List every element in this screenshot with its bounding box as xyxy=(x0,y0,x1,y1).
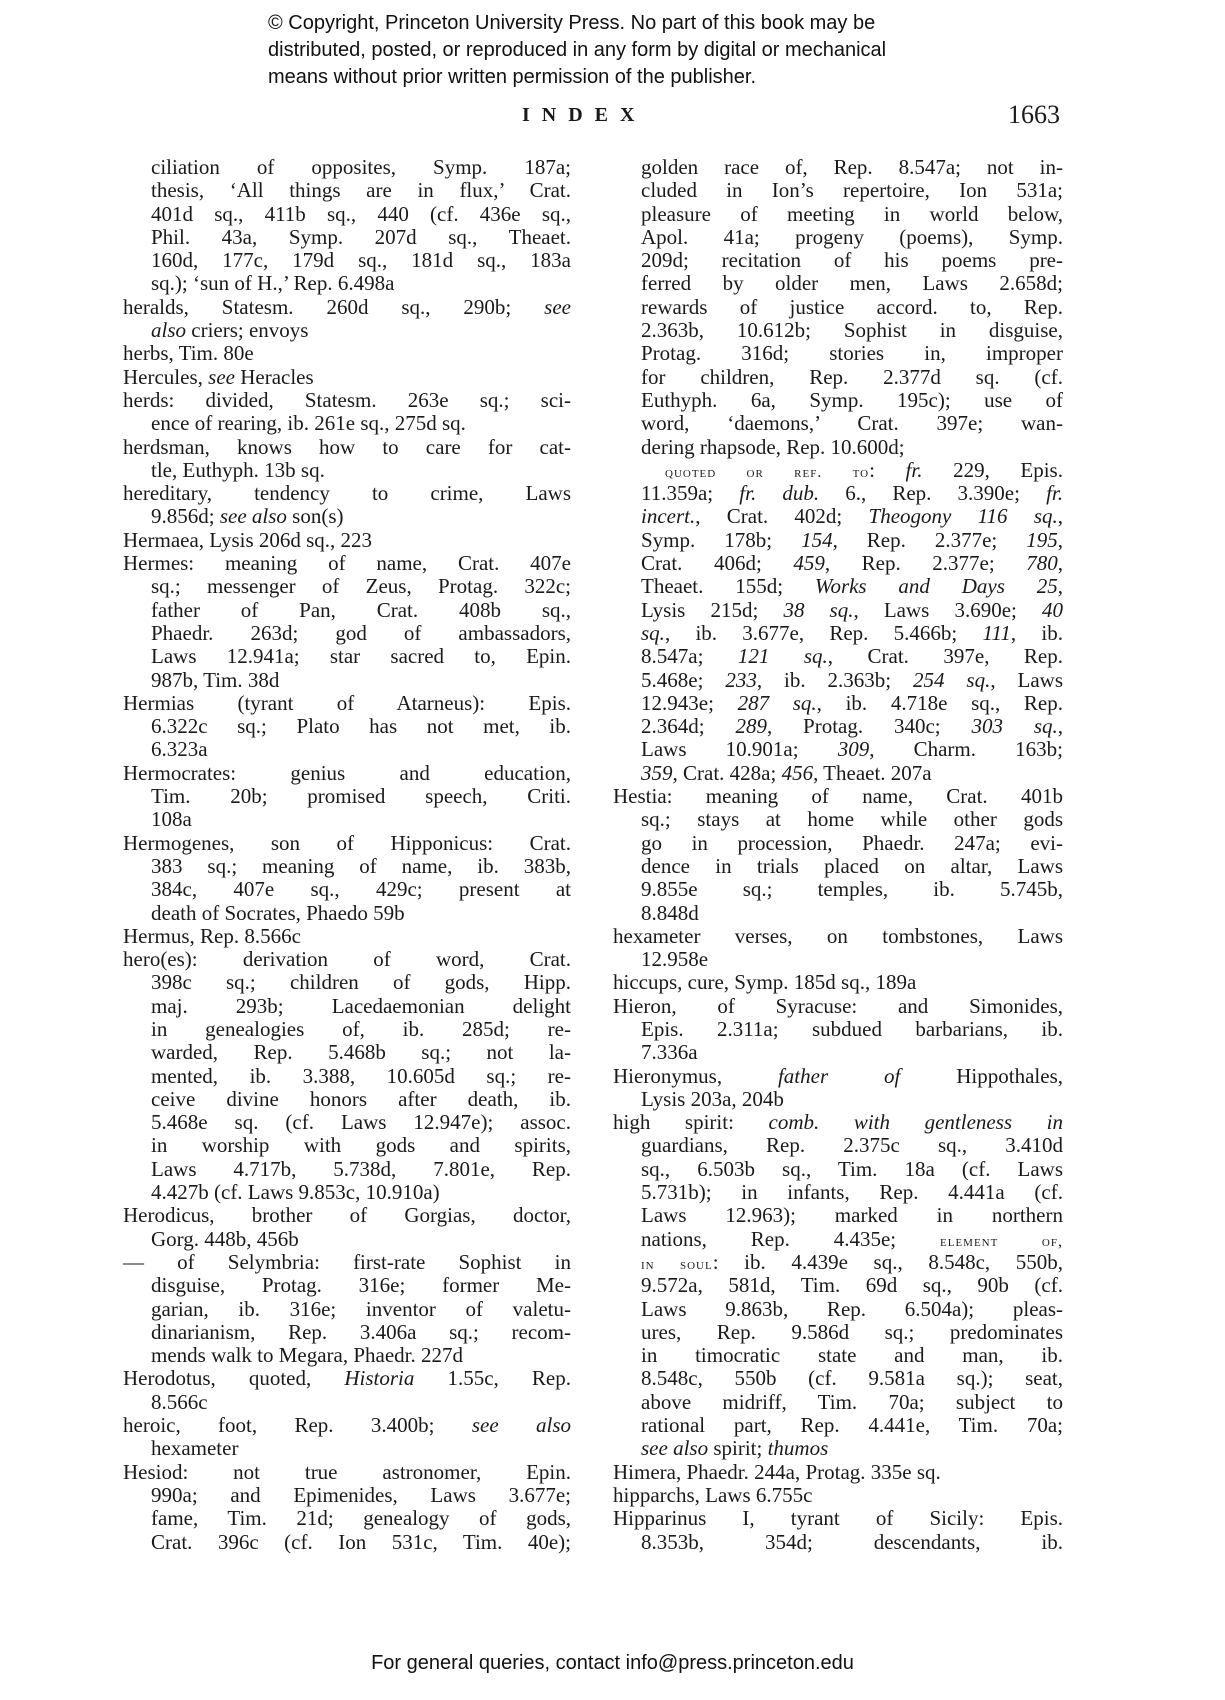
italic-text: 111 xyxy=(983,621,1011,645)
entry-text: , Rep. 2.377e; xyxy=(825,551,1026,575)
small-caps-text: in soul xyxy=(641,1256,713,1273)
index-entry-heading-line: heralds, Statesm. 260d sq., 290b; see xyxy=(123,296,571,319)
index-entry-heading-line: herbs, Tim. 80e xyxy=(123,342,571,365)
index-entry-line: 12.958e xyxy=(613,948,1063,971)
entry-text: 5.468e sq. (cf. Laws 12.947e); assoc. xyxy=(151,1110,571,1134)
entry-text: ceive divine honors after death, ib. xyxy=(151,1087,571,1111)
entry-text: , Laws 3.690e; xyxy=(853,598,1042,622)
index-entry-line: Laws 4.717b, 5.738d, 7.801e, Rep. xyxy=(123,1158,571,1181)
entry-text: Hieronymus, xyxy=(613,1064,778,1088)
index-entry-line: Crat. 406d; 459, Rep. 2.377e; 780, xyxy=(613,552,1063,575)
entry-text: , xyxy=(1058,528,1063,552)
index-entry-heading-line: — of Selymbria: first-rate Sophist in xyxy=(123,1251,571,1274)
index-entry-heading-line: Hestia: meaning of name, Crat. 401b xyxy=(613,785,1063,808)
index-entry-line: Lysis 215d; 38 sq., Laws 3.690e; 40 xyxy=(613,599,1063,622)
index-entry-heading-line: Himera, Phaedr. 244a, Protag. 335e sq. xyxy=(613,1461,1063,1484)
italic-text: 289 xyxy=(735,714,767,738)
index-entry-line: 8.353b, 354d; descendants, ib. xyxy=(613,1531,1063,1554)
index-entry-line: 383 sq.; meaning of name, ib. 383b, xyxy=(123,855,571,878)
entry-text: 229, Epis. xyxy=(922,458,1063,482)
small-caps-text: quoted or ref. to xyxy=(665,464,869,481)
entry-text: 6.322c sq.; Plato has not met, ib. xyxy=(151,714,571,738)
index-entry-line: dinarianism, Rep. 3.406a sq.; recom- xyxy=(123,1321,571,1344)
index-entry-heading-line: hexameter verses, on tombstones, Laws xyxy=(613,925,1063,948)
italic-text: comb. with gentleness in xyxy=(769,1110,1063,1134)
entry-text: , ib. 4.718e sq., Rep. xyxy=(817,691,1063,715)
copyright-line: © Copyright, Princeton University Press.… xyxy=(268,10,988,37)
entry-text: rational part, Rep. 4.441e, Tim. 70a; xyxy=(641,1413,1063,1437)
entry-text: herds: divided, Statesm. 263e sq.; sci- xyxy=(123,388,571,412)
entry-text: , Crat. 402d; xyxy=(695,504,868,528)
entry-text: in timocratic state and man, ib. xyxy=(641,1343,1063,1367)
index-entry-heading-line: Hesiod: not true astronomer, Epin. xyxy=(123,1461,571,1484)
entry-text: dence in trials placed on altar, Laws xyxy=(641,854,1063,878)
italic-text: 456 xyxy=(782,761,814,785)
index-entry-line: 2.364d; 289, Protag. 340c; 303 sq., xyxy=(613,715,1063,738)
index-entry-line: 4.427b (cf. Laws 9.853c, 10.910a) xyxy=(123,1181,571,1204)
index-entry-line: golden race of, Rep. 8.547a; not in- xyxy=(613,156,1063,179)
index-entry-line: ceive divine honors after death, ib. xyxy=(123,1088,571,1111)
index-entry-heading-line: Hermocrates: genius and education, xyxy=(123,762,571,785)
index-entry-line: maj. 293b; Lacedaemonian delight xyxy=(123,995,571,1018)
index-entry-line: 9.572a, 581d, Tim. 69d sq., 90b (cf. xyxy=(613,1274,1063,1297)
index-entry-heading-line: Hercules, see Heracles xyxy=(123,366,571,389)
index-entry-line: quoted or ref. to: fr. 229, Epis. xyxy=(613,459,1063,482)
entry-text: in genealogies of, ib. 285d; re- xyxy=(151,1017,571,1041)
index-entry-line: ciliation of opposites, Symp. 187a; xyxy=(123,156,571,179)
index-entry-line: 5.731b); in infants, Rep. 4.441a (cf. xyxy=(613,1181,1063,1204)
index-entry-heading-line: hiccups, cure, Symp. 185d sq., 189a xyxy=(613,971,1063,994)
entry-text: hipparchs, Laws 6.755c xyxy=(613,1483,812,1507)
entry-text: 12.943e; xyxy=(641,691,738,715)
index-entry-line: fame, Tim. 21d; genealogy of gods, xyxy=(123,1507,571,1530)
running-title: INDEX xyxy=(522,104,646,127)
entry-text: in worship with gods and spirits, xyxy=(151,1133,571,1157)
index-entry-line: warded, Rep. 5.468b sq.; not la- xyxy=(123,1041,571,1064)
entry-text: disguise, Protag. 316e; former Me- xyxy=(151,1273,571,1297)
index-entry-line: Symp. 178b; 154, Rep. 2.377e; 195, xyxy=(613,529,1063,552)
index-entry-line: in worship with gods and spirits, xyxy=(123,1134,571,1157)
entry-text: for children, Rep. 2.377d sq. (cf. xyxy=(641,365,1063,389)
entry-text: sq.; messenger of Zeus, Protag. 322c; xyxy=(151,574,571,598)
italic-text: 40 xyxy=(1042,598,1063,622)
entry-text: 11.359a; xyxy=(641,481,739,505)
index-entry-line: see also spirit; thumos xyxy=(613,1437,1063,1460)
index-entry-heading-line: hero(es): derivation of word, Crat. xyxy=(123,948,571,971)
entry-text: 160d, 177c, 179d sq., 181d sq., 183a xyxy=(151,248,571,272)
entry-text: — of Selymbria: first-rate Sophist in xyxy=(123,1250,571,1274)
index-entry-heading-line: Hermes: meaning of name, Crat. 407e xyxy=(123,552,571,575)
entry-text: Lysis 203a, 204b xyxy=(641,1087,784,1111)
italic-text: father of xyxy=(778,1064,900,1088)
index-entry-line: mends walk to Megara, Phaedr. 227d xyxy=(123,1344,571,1367)
index-entry-line: 11.359a; fr. dub. 6., Rep. 3.390e; fr. xyxy=(613,482,1063,505)
footer-contact: For general queries, contact info@press.… xyxy=(0,1652,1225,1675)
entry-text: Hermes: meaning of name, Crat. 407e xyxy=(123,551,571,575)
index-entry-line: above midriff, Tim. 70a; subject to xyxy=(613,1391,1063,1414)
entry-text: Euthyph. 6a, Symp. 195c); use of xyxy=(641,388,1063,412)
index-entry-line: 987b, Tim. 38d xyxy=(123,669,571,692)
entry-text: heroic, foot, Rep. 3.400b; xyxy=(123,1413,472,1437)
italic-text: 121 sq. xyxy=(738,644,828,668)
index-entry-line: 8.547a; 121 sq., Crat. 397e, Rep. xyxy=(613,645,1063,668)
entry-text: 8.547a; xyxy=(641,644,738,668)
entry-text: ferred by older men, Laws 2.658d; xyxy=(641,271,1063,295)
copyright-line: means without prior written permission o… xyxy=(268,64,988,91)
entry-text: 5.468e; xyxy=(641,668,725,692)
entry-text: hexameter xyxy=(151,1436,238,1460)
index-entry-line: 398c sq.; children of gods, Hipp. xyxy=(123,971,571,994)
index-entry-line: in timocratic state and man, ib. xyxy=(613,1344,1063,1367)
entry-text: : xyxy=(869,458,905,482)
italic-text: fr. xyxy=(1046,481,1063,505)
italic-text: see also xyxy=(641,1436,708,1460)
entry-text: , xyxy=(1058,551,1063,575)
entry-text: Laws 4.717b, 5.738d, 7.801e, Rep. xyxy=(151,1157,571,1181)
index-entry-line: 359, Crat. 428a; 456, Theaet. 207a xyxy=(613,762,1063,785)
index-entry-heading-line: high spirit: comb. with gentleness in xyxy=(613,1111,1063,1134)
entry-text: 6., Rep. 3.390e; xyxy=(819,481,1046,505)
index-entry-heading-line: hereditary, tendency to crime, Laws xyxy=(123,482,571,505)
index-entry-line: Laws 12.963); marked in northern xyxy=(613,1204,1063,1227)
entry-text: warded, Rep. 5.468b sq.; not la- xyxy=(151,1040,571,1064)
entry-text: Hercules, xyxy=(123,365,208,389)
index-entry-line: dence in trials placed on altar, Laws xyxy=(613,855,1063,878)
index-entry-line: sq., 6.503b sq., Tim. 18a (cf. Laws xyxy=(613,1158,1063,1181)
italic-text: Historia xyxy=(344,1366,414,1390)
entry-text: Hermias (tyrant of Atarneus): Epis. xyxy=(123,691,571,715)
index-entry-line: 5.468e sq. (cf. Laws 12.947e); assoc. xyxy=(123,1111,571,1134)
running-head: INDEX 1663 xyxy=(0,100,1225,134)
index-entry-line: 8.848d xyxy=(613,902,1063,925)
entry-text: pleasure of meeting in world below, xyxy=(641,202,1063,226)
italic-text: 233 xyxy=(725,668,757,692)
index-entry-line: also criers; envoys xyxy=(123,319,571,342)
index-entry-line: Laws 9.863b, Rep. 6.504a); pleas- xyxy=(613,1298,1063,1321)
entry-text: nations, Rep. 4.435e; xyxy=(641,1227,940,1251)
entry-text: garian, ib. 316e; inventor of valetu- xyxy=(151,1297,571,1321)
entry-text: Heracles xyxy=(235,365,314,389)
entry-text: son(s) xyxy=(287,504,344,528)
index-entry-heading-line: Hieronymus, father of Hippothales, xyxy=(613,1065,1063,1088)
index-entry-line: mented, ib. 3.388, 10.605d sq.; re- xyxy=(123,1065,571,1088)
index-entry-line: 8.548c, 550b (cf. 9.581a sq.); seat, xyxy=(613,1367,1063,1390)
index-entry-line: sq.); ‘sun of H.,’ Rep. 6.498a xyxy=(123,272,571,295)
index-entry-line: dering rhapsode, Rep. 10.600d; xyxy=(613,436,1063,459)
entry-text: sq.); ‘sun of H.,’ Rep. 6.498a xyxy=(151,271,394,295)
entry-text: Tim. 20b; promised speech, Criti. xyxy=(151,784,571,808)
entry-text: dinarianism, Rep. 3.406a sq.; recom- xyxy=(151,1320,571,1344)
entry-text: ures, Rep. 9.586d sq.; predominates xyxy=(641,1320,1063,1344)
entry-text: , Laws xyxy=(990,668,1063,692)
italic-text: Works and Days 25 xyxy=(815,574,1058,598)
entry-text: 5.731b); in infants, Rep. 4.441a (cf. xyxy=(641,1180,1063,1204)
entry-text: 383 sq.; meaning of name, ib. 383b, xyxy=(151,854,571,878)
entry-text: hereditary, tendency to crime, Laws xyxy=(123,481,571,505)
index-entry-line: sq.; stays at home while other gods xyxy=(613,808,1063,831)
entry-text: criers; envoys xyxy=(186,318,308,342)
entry-text: word, ‘daemons,’ Crat. 397e; wan- xyxy=(641,411,1063,435)
entry-text: ciliation of opposites, Symp. 187a; xyxy=(151,155,571,179)
italic-text: 254 sq. xyxy=(913,668,990,692)
index-entry-line: ence of rearing, ib. 261e sq., 275d sq. xyxy=(123,412,571,435)
italic-text: 309 xyxy=(838,737,870,761)
copyright-notice: © Copyright, Princeton University Press.… xyxy=(268,10,988,91)
entry-text: Herodicus, brother of Gorgias, doctor, xyxy=(123,1203,571,1227)
italic-text: fr. dub. xyxy=(739,481,819,505)
index-entry-line: death of Socrates, Phaedo 59b xyxy=(123,902,571,925)
entry-text: guardians, Rep. 2.375c sq., 3.410d xyxy=(641,1133,1063,1157)
index-entry-line: sq.; messenger of Zeus, Protag. 322c; xyxy=(123,575,571,598)
entry-text: Epis. 2.311a; subdued barbarians, ib. xyxy=(641,1017,1063,1041)
entry-text: above midriff, Tim. 70a; subject to xyxy=(641,1390,1063,1414)
entry-text: mends walk to Megara, Phaedr. 227d xyxy=(151,1343,463,1367)
entry-text: mented, ib. 3.388, 10.605d sq.; re- xyxy=(151,1064,571,1088)
entry-text: Laws 9.863b, Rep. 6.504a); pleas- xyxy=(641,1297,1063,1321)
entry-text: 9.572a, 581d, Tim. 69d sq., 90b (cf. xyxy=(641,1273,1063,1297)
italic-text: 38 sq. xyxy=(783,598,853,622)
index-entry-heading-line: Hermaea, Lysis 206d sq., 223 xyxy=(123,529,571,552)
entry-text: dering rhapsode, Rep. 10.600d; xyxy=(641,435,905,459)
entry-text: , xyxy=(1058,504,1063,528)
entry-text: hiccups, cure, Symp. 185d sq., 189a xyxy=(613,970,916,994)
entry-text: Laws 10.901a; xyxy=(641,737,838,761)
entry-text: 9.856d; xyxy=(151,504,220,528)
index-entry-line: 160d, 177c, 179d sq., 181d sq., 183a xyxy=(123,249,571,272)
entry-text: thesis, ‘All things are in flux,’ Crat. xyxy=(151,178,571,202)
index-entry-line: ures, Rep. 9.586d sq.; predominates xyxy=(613,1321,1063,1344)
entry-text: 8.566c xyxy=(151,1390,208,1414)
entry-text: , ib. 2.363b; xyxy=(757,668,913,692)
index-entry-line: ferred by older men, Laws 2.658d; xyxy=(613,272,1063,295)
entry-text: sq.; stays at home while other gods xyxy=(641,807,1063,831)
entry-text: high spirit: xyxy=(613,1110,769,1134)
index-entry-line: Euthyph. 6a, Symp. 195c); use of xyxy=(613,389,1063,412)
index-entry-line: pleasure of meeting in world below, xyxy=(613,203,1063,226)
italic-text: incert. xyxy=(641,504,695,528)
entry-text: Hippothales, xyxy=(900,1064,1063,1088)
entry-text: Laws 12.963); marked in northern xyxy=(641,1203,1063,1227)
index-entry-line: Phil. 43a, Symp. 207d sq., Theaet. xyxy=(123,226,571,249)
entry-text: , ib. 3.677e, Rep. 5.466b; xyxy=(665,621,983,645)
index-entry-heading-line: heroic, foot, Rep. 3.400b; see also xyxy=(123,1414,571,1437)
entry-text: hero(es): derivation of word, Crat. xyxy=(123,947,571,971)
italic-text: Theogony 116 sq. xyxy=(869,504,1058,528)
index-entry-line: Tim. 20b; promised speech, Criti. xyxy=(123,785,571,808)
entry-text: Hermocrates: genius and education, xyxy=(123,761,571,785)
entry-text: , Crat. 397e, Rep. xyxy=(828,644,1063,668)
entry-text: hexameter verses, on tombstones, Laws xyxy=(613,924,1063,948)
italic-text: thumos xyxy=(768,1436,829,1460)
index-entry-line: 108a xyxy=(123,808,571,831)
entry-text: , Rep. 2.377e; xyxy=(833,528,1027,552)
entry-text: Himera, Phaedr. 244a, Protag. 335e sq. xyxy=(613,1460,941,1484)
index-entry-line: hexameter xyxy=(123,1437,571,1460)
italic-text: 195 xyxy=(1026,528,1058,552)
index-column-right: golden race of, Rep. 8.547a; not in-clud… xyxy=(613,156,1063,1554)
index-column-left: ciliation of opposites, Symp. 187a;thesi… xyxy=(123,156,571,1554)
entry-text: Symp. 178b; xyxy=(641,528,801,552)
entry-text: Herodotus, quoted, xyxy=(123,1366,344,1390)
index-entry-line: Laws 10.901a; 309, Charm. 163b; xyxy=(613,738,1063,761)
index-entry-line: 9.855e sq.; temples, ib. 5.745b, xyxy=(613,878,1063,901)
entry-text: Hermaea, Lysis 206d sq., 223 xyxy=(123,528,372,552)
index-entry-heading-line: Hipparinus I, tyrant of Sicily: Epis. xyxy=(613,1507,1063,1530)
italic-text: also xyxy=(151,318,186,342)
entry-text: Phil. 43a, Symp. 207d sq., Theaet. xyxy=(151,225,571,249)
italic-text: see xyxy=(208,365,235,389)
entry-text: Crat. 406d; xyxy=(641,551,793,575)
index-entry-line: for children, Rep. 2.377d sq. (cf. xyxy=(613,366,1063,389)
entry-text: rewards of justice accord. to, Rep. xyxy=(641,295,1063,319)
index-entry-line: Lysis 203a, 204b xyxy=(613,1088,1063,1111)
index-entry-heading-line: herds: divided, Statesm. 263e sq.; sci- xyxy=(123,389,571,412)
entry-text: father of Pan, Crat. 408b sq., xyxy=(151,598,571,622)
entry-text: 12.958e xyxy=(641,947,708,971)
copyright-line: distributed, posted, or reproduced in an… xyxy=(268,37,988,64)
entry-text: heralds, Statesm. 260d sq., 290b; xyxy=(123,295,544,319)
index-entry-heading-line: herdsman, knows how to care for cat- xyxy=(123,436,571,459)
entry-text: golden race of, Rep. 8.547a; not in- xyxy=(641,155,1063,179)
entry-text: 4.427b (cf. Laws 9.853c, 10.910a) xyxy=(151,1180,440,1204)
index-entry-line: 209d; recitation of his poems pre- xyxy=(613,249,1063,272)
index-entry-line: 7.336a xyxy=(613,1041,1063,1064)
entry-text: Phaedr. 263d; god of ambassadors, xyxy=(151,621,571,645)
entry-text: herdsman, knows how to care for cat- xyxy=(123,435,571,459)
italic-text: 303 sq. xyxy=(971,714,1057,738)
entry-text: death of Socrates, Phaedo 59b xyxy=(151,901,405,925)
entry-text: Protag. 316d; stories in, improper xyxy=(641,341,1063,365)
entry-text: 9.855e sq.; temples, ib. 5.745b, xyxy=(641,877,1063,901)
small-caps-text: element of, xyxy=(940,1233,1063,1250)
entry-text: Laws 12.941a; star sacred to, Epin. xyxy=(151,644,571,668)
index-entry-line: tle, Euthyph. 13b sq. xyxy=(123,459,571,482)
entry-text: fame, Tim. 21d; genealogy of gods, xyxy=(151,1506,571,1530)
index-entry-line: nations, Rep. 4.435e; element of, xyxy=(613,1228,1063,1251)
entry-text: herbs, Tim. 80e xyxy=(123,341,254,365)
italic-text: see also xyxy=(220,504,287,528)
entry-text: sq., 6.503b sq., Tim. 18a (cf. Laws xyxy=(641,1157,1063,1181)
index-entry-line: disguise, Protag. 316e; former Me- xyxy=(123,1274,571,1297)
entry-text: spirit; xyxy=(708,1436,768,1460)
entry-text: cluded in Ion’s repertoire, Ion 531a; xyxy=(641,178,1063,202)
index-entry-line: Theaet. 155d; Works and Days 25, xyxy=(613,575,1063,598)
index-entry-line: rational part, Rep. 4.441e, Tim. 70a; xyxy=(613,1414,1063,1437)
entry-text: 8.353b, 354d; descendants, ib. xyxy=(641,1530,1063,1554)
index-entry-line: guardians, Rep. 2.375c sq., 3.410d xyxy=(613,1134,1063,1157)
italic-text: 154 xyxy=(801,528,833,552)
entry-text: 209d; recitation of his poems pre- xyxy=(641,248,1063,272)
index-entry-line: 6.323a xyxy=(123,738,571,761)
index-entry-line: rewards of justice accord. to, Rep. xyxy=(613,296,1063,319)
entry-text: , Protag. 340c; xyxy=(767,714,972,738)
entry-text: Gorg. 448b, 456b xyxy=(151,1227,299,1251)
index-entry-line: word, ‘daemons,’ Crat. 397e; wan- xyxy=(613,412,1063,435)
index-entry-heading-line: Hermias (tyrant of Atarneus): Epis. xyxy=(123,692,571,715)
entry-text: , xyxy=(1058,714,1063,738)
entry-text: Apol. 41a; progeny (poems), Symp. xyxy=(641,225,1063,249)
index-entry-line: father of Pan, Crat. 408b sq., xyxy=(123,599,571,622)
entry-text: : ib. 4.439e sq., 8.548c, 550b, xyxy=(713,1250,1063,1274)
entry-text: Hipparinus I, tyrant of Sicily: Epis. xyxy=(613,1506,1063,1530)
entry-text: 7.336a xyxy=(641,1040,698,1064)
entry-text: Hestia: meaning of name, Crat. 401b xyxy=(613,784,1063,808)
index-entry-line: Crat. 396c (cf. Ion 531c, Tim. 40e); xyxy=(123,1531,571,1554)
index-entry-line: 6.322c sq.; Plato has not met, ib. xyxy=(123,715,571,738)
index-entry-line: Laws 12.941a; star sacred to, Epin. xyxy=(123,645,571,668)
entry-text: Hermogenes, son of Hipponicus: Crat. xyxy=(123,831,571,855)
index-entry-line: Phaedr. 263d; god of ambassadors, xyxy=(123,622,571,645)
index-entry-line: garian, ib. 316e; inventor of valetu- xyxy=(123,1298,571,1321)
entry-text: , Crat. 428a; xyxy=(673,761,782,785)
entry-text: go in procession, Phaedr. 247a; evi- xyxy=(641,831,1063,855)
entry-text: , xyxy=(1058,574,1063,598)
entry-text: 8.848d xyxy=(641,901,699,925)
index-entry-line: 2.363b, 10.612b; Sophist in disguise, xyxy=(613,319,1063,342)
index-entry-line: 8.566c xyxy=(123,1391,571,1414)
index-entry-line: 384c, 407e sq., 429c; present at xyxy=(123,878,571,901)
entry-text: ence of rearing, ib. 261e sq., 275d sq. xyxy=(151,411,466,435)
entry-text: tle, Euthyph. 13b sq. xyxy=(151,458,325,482)
italic-text: 459 xyxy=(793,551,825,575)
index-entry-line: sq., ib. 3.677e, Rep. 5.466b; 111, ib. xyxy=(613,622,1063,645)
page-number: 1663 xyxy=(1008,100,1060,130)
index-entry-line: Epis. 2.311a; subdued barbarians, ib. xyxy=(613,1018,1063,1041)
italic-text: 359 xyxy=(641,761,673,785)
entry-text: Lysis 215d; xyxy=(641,598,783,622)
index-entry-line: Apol. 41a; progeny (poems), Symp. xyxy=(613,226,1063,249)
entry-text: Hieron, of Syracuse: and Simonides, xyxy=(613,994,1063,1018)
entry-text: 990a; and Epimenides, Laws 3.677e; xyxy=(151,1483,571,1507)
entry-text: Crat. 396c (cf. Ion 531c, Tim. 40e); xyxy=(151,1530,571,1554)
italic-text: 287 sq. xyxy=(738,691,817,715)
index-entry-line: in genealogies of, ib. 285d; re- xyxy=(123,1018,571,1041)
index-entry-line: 5.468e; 233, ib. 2.363b; 254 sq., Laws xyxy=(613,669,1063,692)
entry-text: , ib. xyxy=(1011,621,1063,645)
italic-text: see xyxy=(544,295,571,319)
index-entry-line: thesis, ‘All things are in flux,’ Crat. xyxy=(123,179,571,202)
index-entry-line: Gorg. 448b, 456b xyxy=(123,1228,571,1251)
index-entry-line: go in procession, Phaedr. 247a; evi- xyxy=(613,832,1063,855)
entry-text: 108a xyxy=(151,807,192,831)
entry-text: 6.323a xyxy=(151,737,208,761)
index-entry-heading-line: hipparchs, Laws 6.755c xyxy=(613,1484,1063,1507)
index-entry-line: Protag. 316d; stories in, improper xyxy=(613,342,1063,365)
index-entry-heading-line: Herodotus, quoted, Historia 1.55c, Rep. xyxy=(123,1367,571,1390)
entry-text: , Charm. 163b; xyxy=(869,737,1063,761)
entry-text: Theaet. 155d; xyxy=(641,574,815,598)
italic-text: fr. xyxy=(906,458,923,482)
italic-text: 780 xyxy=(1026,551,1058,575)
index-entry-line: 990a; and Epimenides, Laws 3.677e; xyxy=(123,1484,571,1507)
entry-text: 401d sq., 411b sq., 440 (cf. 436e sq., xyxy=(151,202,571,226)
index-entry-line: cluded in Ion’s repertoire, Ion 531a; xyxy=(613,179,1063,202)
index-entry-line: in soul: ib. 4.439e sq., 8.548c, 550b, xyxy=(613,1251,1063,1274)
italic-text: see also xyxy=(472,1413,571,1437)
index-entry-heading-line: Hermogenes, son of Hipponicus: Crat. xyxy=(123,832,571,855)
index-entry-heading-line: Hermus, Rep. 8.566c xyxy=(123,925,571,948)
index-entry-line: incert., Crat. 402d; Theogony 116 sq., xyxy=(613,505,1063,528)
entry-text: 384c, 407e sq., 429c; present at xyxy=(151,877,571,901)
index-entry-line: 12.943e; 287 sq., ib. 4.718e sq., Rep. xyxy=(613,692,1063,715)
entry-text: 1.55c, Rep. xyxy=(414,1366,571,1390)
index-entry-heading-line: Hieron, of Syracuse: and Simonides, xyxy=(613,995,1063,1018)
entry-text: 2.363b, 10.612b; Sophist in disguise, xyxy=(641,318,1063,342)
entry-text: 987b, Tim. 38d xyxy=(151,668,279,692)
index-entry-line: 9.856d; see also son(s) xyxy=(123,505,571,528)
entry-text: , Theaet. 207a xyxy=(813,761,932,785)
entry-text: 398c sq.; children of gods, Hipp. xyxy=(151,970,571,994)
